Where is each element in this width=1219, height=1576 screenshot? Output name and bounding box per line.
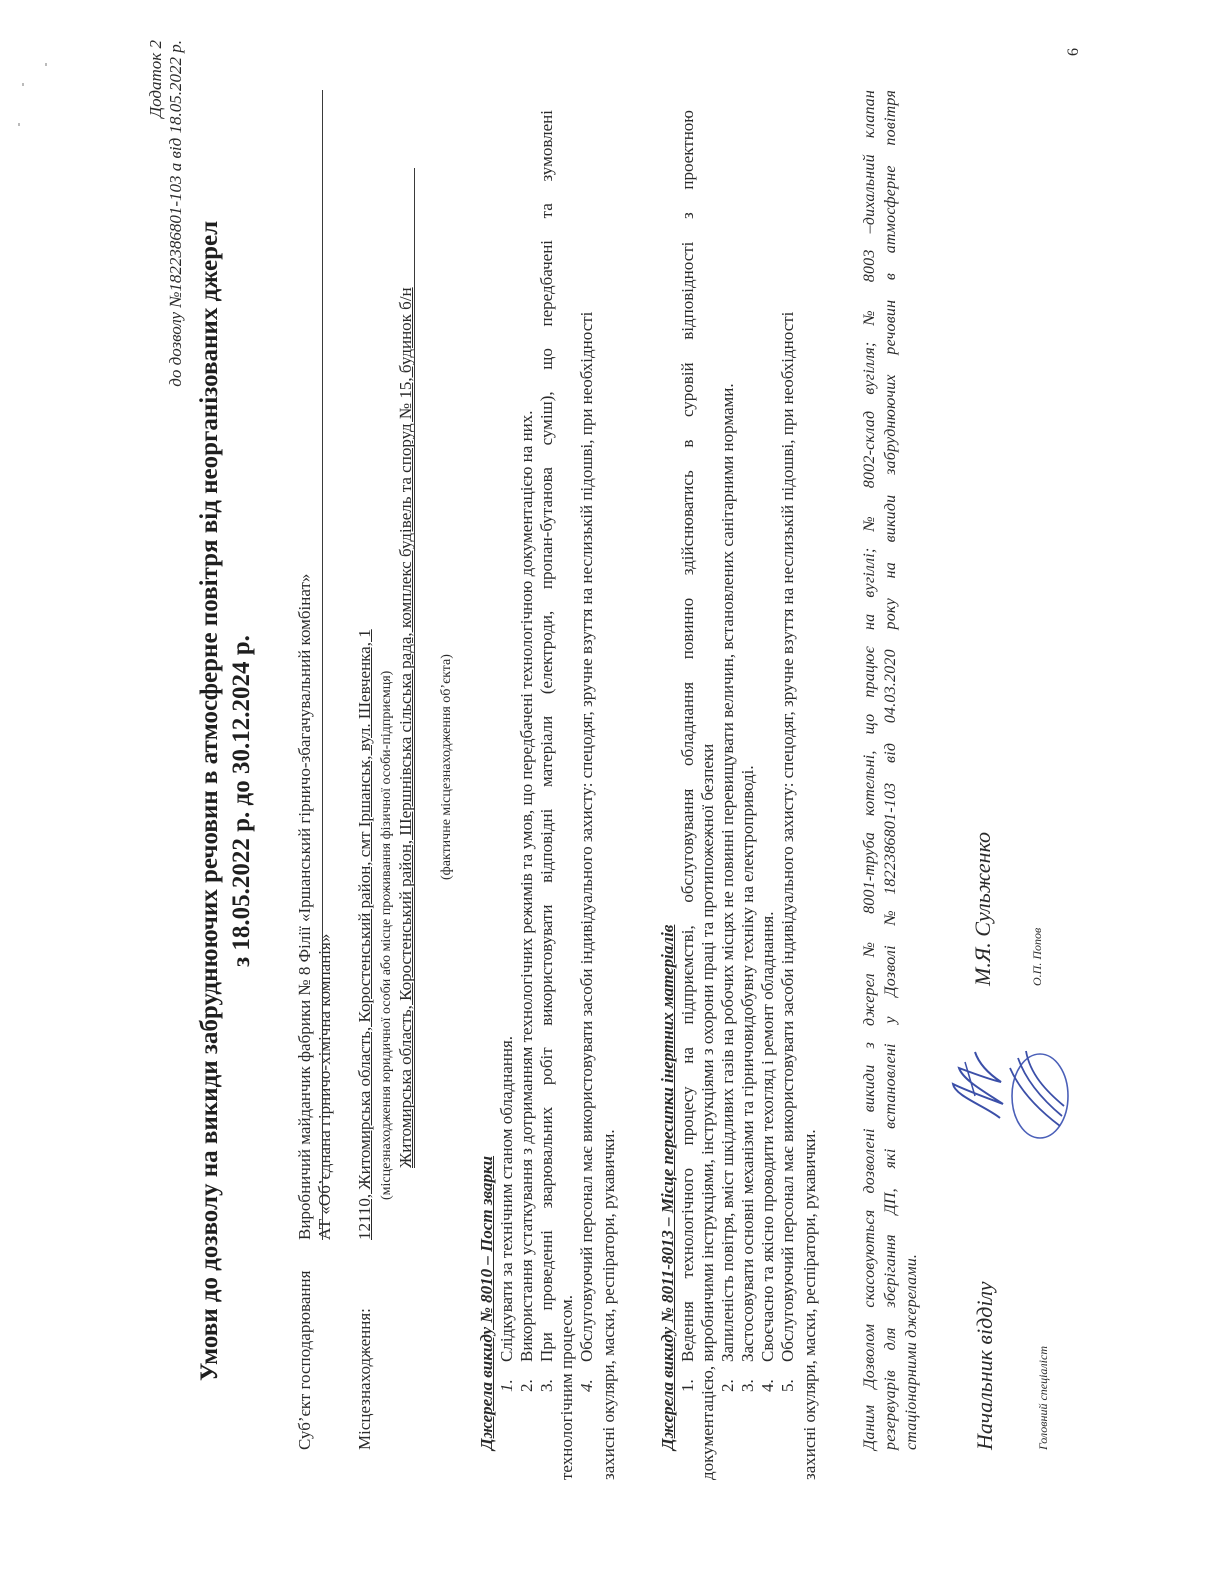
- validity-period: з 18.05.2022 р. до 30.12.2024 р.: [232, 146, 252, 1456]
- section-heading-8010: Джерела викиду № 8010 – Пост зварки: [477, 1156, 497, 1450]
- scan-speck: [22, 83, 24, 86]
- legal-address: 12110, Житомирська область, Коростенськи…: [355, 629, 375, 1240]
- item-number: 1.: [678, 1362, 698, 1392]
- item-number: 3.: [738, 1362, 758, 1392]
- item-text: Обслуговуючий персонал має використовува…: [577, 312, 596, 1362]
- item-text: Слідкувати за технічним станом обладнанн…: [497, 1036, 516, 1362]
- item-text: Запиленість повітря, вміст шкідливих газ…: [718, 383, 737, 1362]
- item-text: При проведенні зварювальних робіт викори…: [537, 110, 556, 1362]
- section-heading-8011-8013: Джерела викиду № 8011-8013 – Місце перес…: [658, 925, 678, 1450]
- item-continuation: технологічним процесом.: [557, 1295, 577, 1480]
- item-text: Застосовувати основні механізми та гірни…: [738, 765, 757, 1362]
- list-item: 3.При проведенні зварювальних робіт вико…: [537, 110, 557, 1450]
- footer-note-line: Даним Дозволом скасовуються дозволені ви…: [860, 90, 880, 1450]
- document-page: Додаток 2 до дозволу №1822386801-103 а в…: [0, 0, 1219, 1576]
- item-number: 5.: [778, 1362, 798, 1392]
- list-item: 3.Застосовувати основні механізми та гір…: [738, 765, 758, 1450]
- item-text: Ведення технологічного процесу на підпри…: [678, 110, 697, 1362]
- list-item: 2.Запиленість повітря, вміст шкідливих г…: [718, 383, 738, 1450]
- item-continuation: захисні окуляри, маски, респіратори, рук…: [800, 1129, 820, 1480]
- list-item: 1.Слідкувати за технічним станом обладна…: [497, 1036, 517, 1450]
- item-text: Використання устаткування з дотриманням …: [517, 410, 536, 1362]
- actual-address: Житомирська область, Коростенський район…: [396, 287, 416, 1168]
- signature-icon: [1000, 1036, 1075, 1146]
- list-item: 2.Використання устаткування з дотримання…: [517, 410, 537, 1450]
- list-item: 1.Ведення технологічного процесу на підп…: [678, 110, 698, 1450]
- specialist-position: Головний спеціаліст: [1036, 1346, 1050, 1450]
- scan-speck: [45, 63, 47, 66]
- permit-reference: до дозволу №1822386801-103 а від 18.05.2…: [166, 40, 186, 387]
- footer-note-line: резервуарів для зберігання ДП, які встан…: [881, 90, 901, 1450]
- list-item: 4.Обслуговуючий персонал має використову…: [577, 312, 597, 1450]
- item-continuation: захисні окуляри, маски, респіратори, рук…: [599, 1129, 619, 1480]
- item-number: 2.: [517, 1362, 537, 1392]
- item-continuation: документацією, виробничими інструкціями,…: [698, 744, 718, 1480]
- item-number: 1.: [497, 1362, 517, 1392]
- scan-speck: [18, 123, 20, 126]
- item-text: Обслуговуючий персонал має використовува…: [778, 312, 797, 1362]
- appendix-label: Додаток 2: [146, 40, 166, 118]
- entity-underline: [322, 90, 323, 1240]
- item-number: 4.: [577, 1362, 597, 1392]
- legal-address-caption: (місцезнаходження юридичної особи або мі…: [377, 671, 397, 1200]
- entity-label: Суб’єкт господарювання: [295, 1271, 315, 1450]
- item-text: Своєчасно та якісно проводити техогляд і…: [758, 912, 777, 1362]
- list-item: 5.Обслуговуючий персонал має використову…: [778, 312, 798, 1450]
- list-item: 4.Своєчасно та якісно проводити техогляд…: [758, 912, 778, 1450]
- entity-name: Виробничий майданчик фабрики № 8 Філії «…: [295, 574, 315, 1240]
- footer-note-line: стаціонарними джерелами.: [902, 1254, 922, 1450]
- actual-address-caption: (фактичне місцезнаходження об’єкта): [437, 654, 457, 880]
- entity-company: АТ «Об’єднана гірничо-хімічна компанія»: [315, 934, 335, 1240]
- location-label: Місцезнаходження:: [355, 1308, 375, 1450]
- item-number: 3.: [537, 1362, 557, 1392]
- signatory-name: М.Я. Сульженко: [970, 832, 996, 986]
- specialist-name: О.П. Попов: [1030, 928, 1044, 986]
- page-title: Умови до дозволу на викиди забруднюючих …: [200, 146, 220, 1456]
- actual-address-underline: [414, 168, 415, 1168]
- item-number: 2.: [718, 1362, 738, 1392]
- item-number: 4.: [758, 1362, 778, 1392]
- signatory-position: Начальник відділу: [972, 1281, 998, 1450]
- page-number: 6: [1064, 48, 1084, 56]
